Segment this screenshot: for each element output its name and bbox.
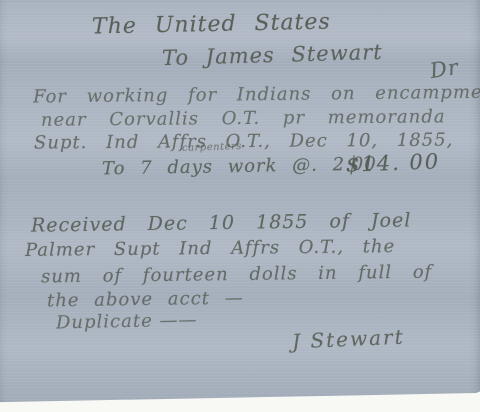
debtor-line: To James Stewart — [162, 40, 383, 70]
receipt-line-1: Received Dec 10 1855 of Joel — [31, 209, 412, 236]
service-description-line-1: For working for Indians on encampment — [33, 82, 480, 108]
receipt-line-2: Palmer Supt Ind Affrs O.T., the — [25, 236, 395, 261]
service-description-line-2: near Corvallis O.T. pr memoranda — [41, 106, 446, 131]
document-paper: The United States To James Stewart Dr Fo… — [0, 0, 480, 412]
duplicate-annotation: Duplicate —— — [56, 310, 198, 334]
creditor-line: The United States — [92, 10, 331, 40]
interlined-word-carpenters: carpenters — [182, 141, 242, 154]
receipt-line-3: sum of fourteen dolls in full of — [41, 262, 433, 288]
debit-abbreviation: Dr — [428, 55, 460, 83]
signature: J Stewart — [292, 325, 406, 354]
service-description-line-3: Supt. Ind Affrs O.T., Dec 10, 1855, — [34, 130, 453, 154]
charge-amount: $14. 00 — [346, 149, 441, 176]
document-scan: The United States To James Stewart Dr Fo… — [0, 0, 480, 412]
charge-line: To 7 days work @. 2.00 — [102, 154, 377, 180]
receipt-line-4: the above acct — — [47, 288, 244, 312]
